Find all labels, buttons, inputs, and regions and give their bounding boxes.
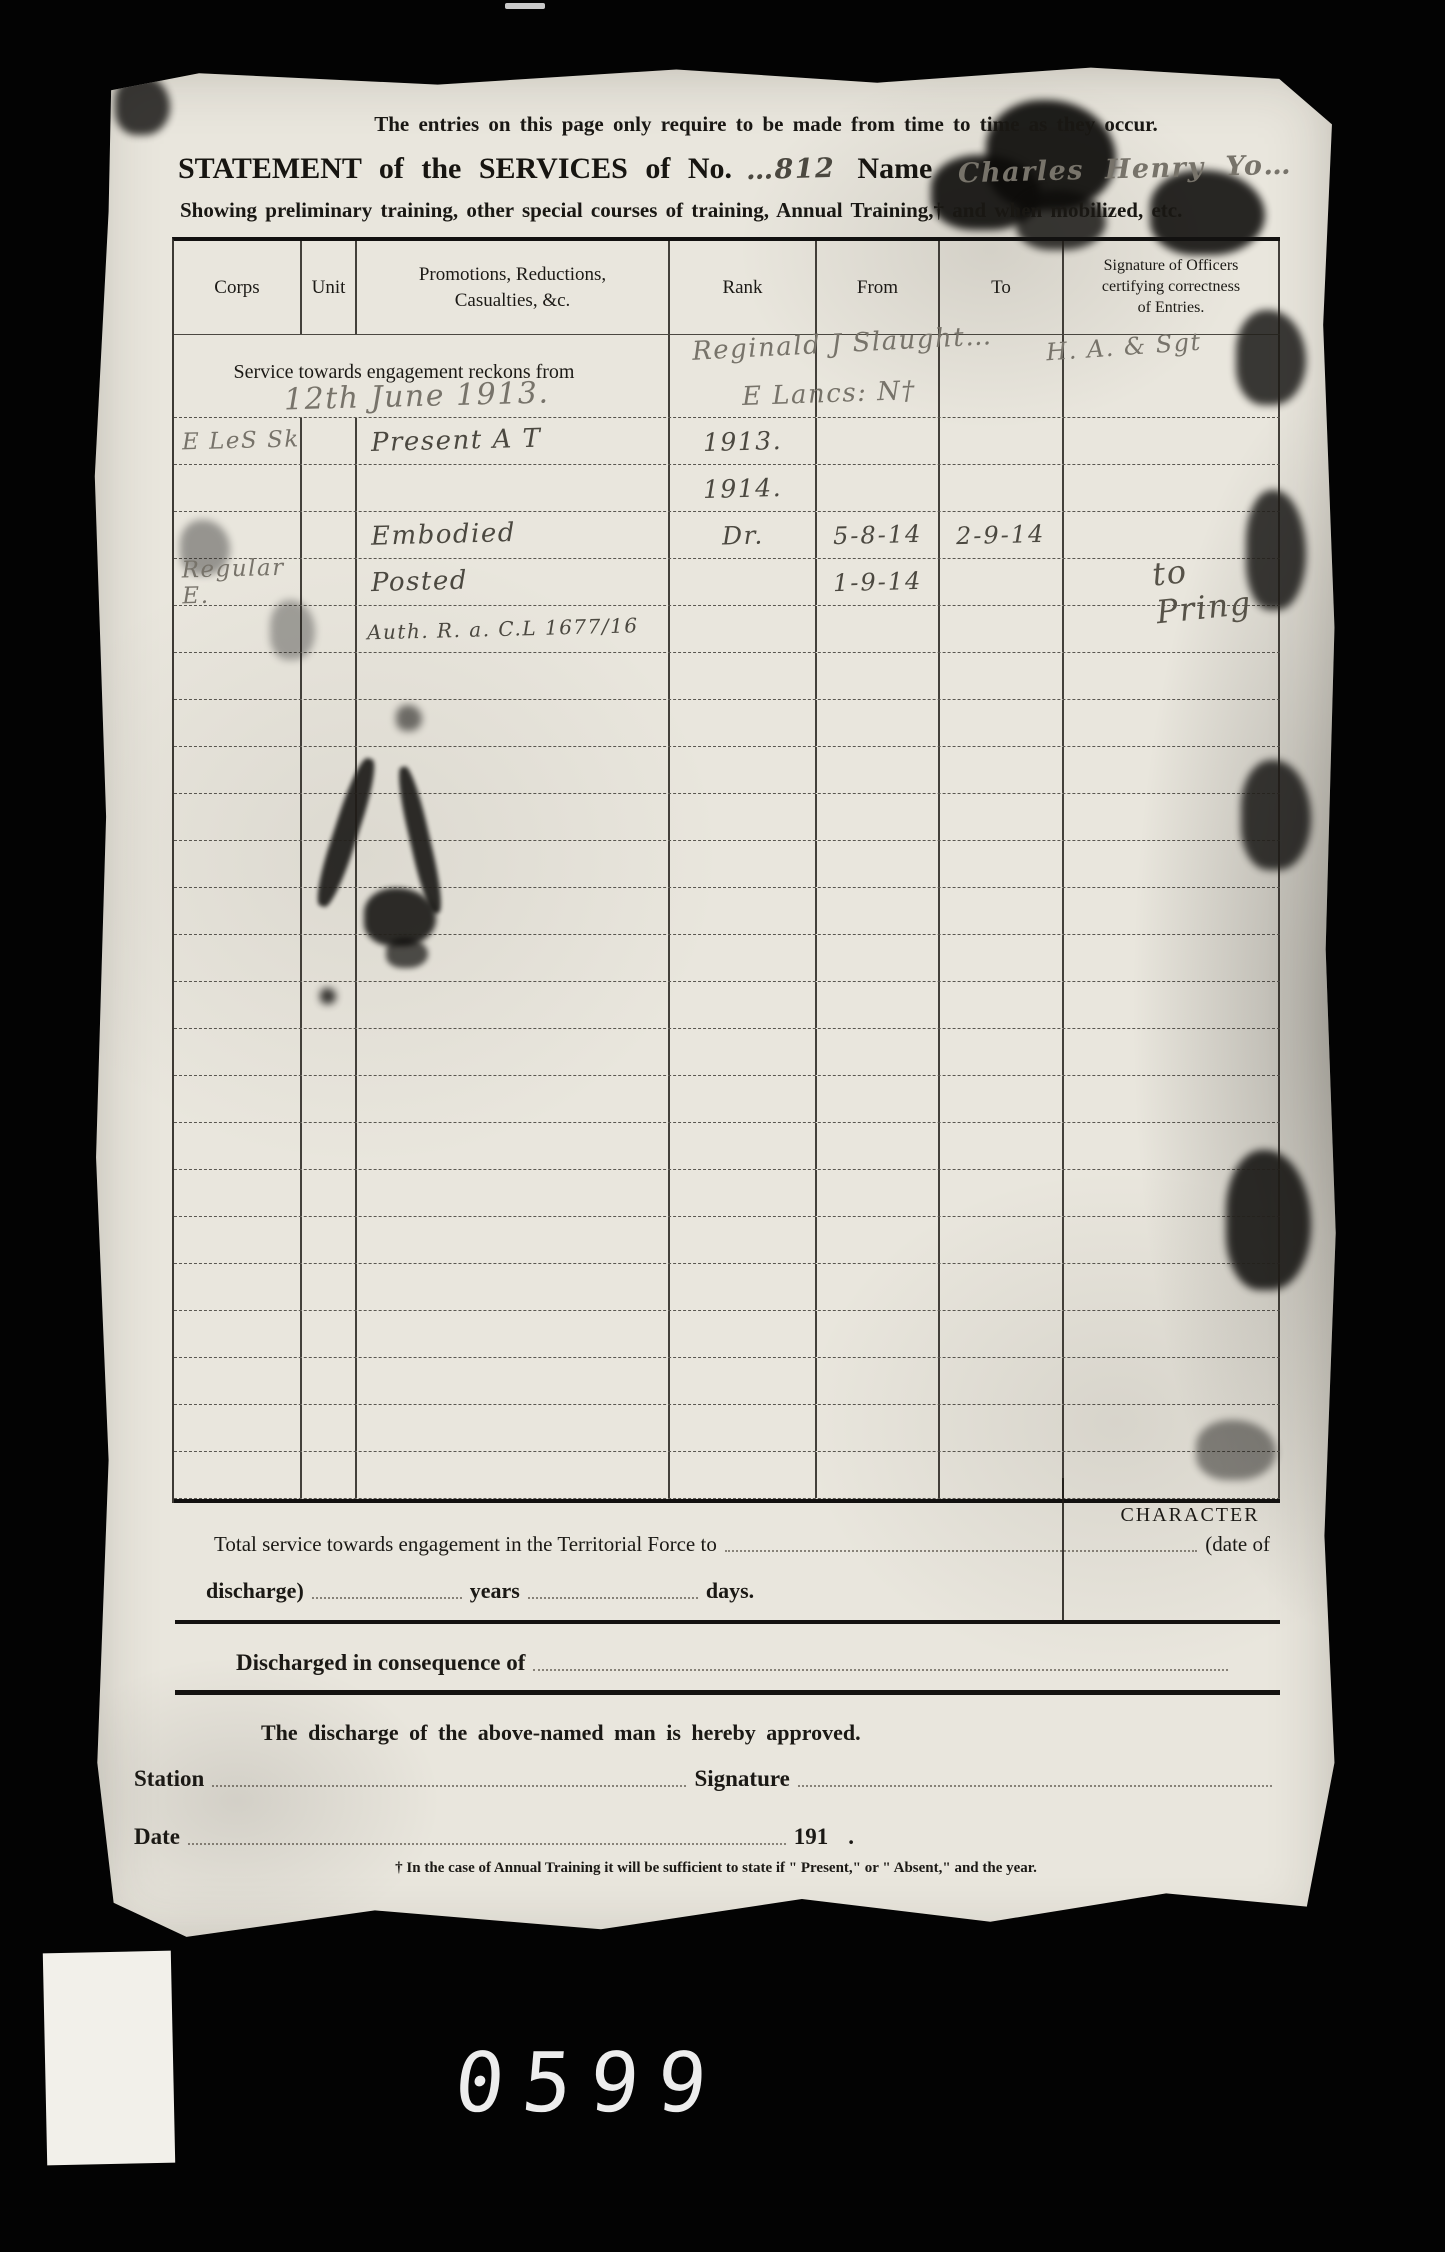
table-cell-signature: [1064, 1311, 1280, 1357]
table-cell-corps: [174, 1405, 302, 1451]
table-cell-to: [940, 1405, 1064, 1451]
column-header-signature: Signature of Officers certifying correct…: [1064, 241, 1280, 334]
table-cell-signature: [1064, 982, 1280, 1028]
table-cell-from: [817, 1452, 940, 1498]
table-row: [174, 700, 1280, 747]
table-cell-corps: [174, 1311, 302, 1357]
table-cell-unit: [302, 606, 357, 652]
table-cell-promotions: [357, 794, 670, 840]
table-cell-unit: [302, 700, 357, 746]
table-cell-rank: [670, 1264, 817, 1310]
handwritten-entry: 1913.: [703, 425, 783, 456]
table-row: [174, 1217, 1280, 1264]
blank-line: [798, 1785, 1272, 1787]
services-table: Corps Unit Promotions, Reductions, Casua…: [172, 237, 1280, 1503]
table-cell-to: [940, 841, 1064, 887]
table-cell-to: [940, 1170, 1064, 1216]
blank-line: [528, 1597, 698, 1599]
scan-speck: [505, 3, 545, 9]
station-field: Station Signature: [134, 1766, 1280, 1792]
blank-line: [725, 1550, 1197, 1552]
table-cell-corps: [174, 700, 302, 746]
subtitle: Showing preliminary training, other spec…: [180, 198, 1420, 223]
blank-line: [188, 1843, 786, 1845]
station-label: Station: [134, 1766, 204, 1792]
table-cell-rank: [670, 653, 817, 699]
table-cell-from: [817, 1123, 940, 1169]
table-cell-from: 1-9-14: [817, 559, 940, 605]
table-cell-from: 5-8-14: [817, 512, 940, 558]
table-cell-corps: [174, 1217, 302, 1263]
handwritten-entry: Auth. R. a. C.L 1677/16: [357, 613, 639, 644]
table-row: EmbodiedDr.5-8-142-9-14: [174, 512, 1280, 559]
table-cell-to: [940, 1311, 1064, 1357]
table-cell-promotions: Auth. R. a. C.L 1677/16: [357, 606, 670, 652]
table-cell-promotions: [357, 888, 670, 934]
table-body: E LeS SkPresent A T1913.1914.EmbodiedDr.…: [174, 418, 1280, 1499]
white-label: [43, 1951, 175, 2166]
table-cell-corps: [174, 888, 302, 934]
table-cell-signature: [1064, 1358, 1280, 1404]
handwritten-entry: Present A T: [357, 424, 542, 459]
column-header-rank: Rank: [670, 241, 817, 334]
table-cell-corps: [174, 1170, 302, 1216]
table-cell-promotions: [357, 1217, 670, 1263]
handwritten-entry: Dr.: [721, 520, 763, 550]
table-cell-from: [817, 1029, 940, 1075]
table-row: [174, 653, 1280, 700]
table-cell-signature: [1064, 1405, 1280, 1451]
table-cell-corps: [174, 794, 302, 840]
character-label: CHARACTER: [1064, 1504, 1316, 1527]
table-cell-promotions: [357, 465, 670, 511]
table-cell-corps: E LeS Sk: [174, 418, 302, 464]
table-cell-from: [817, 606, 940, 652]
table-cell-promotions: [357, 1170, 670, 1216]
table-cell-from: [817, 982, 940, 1028]
table-cell-corps: [174, 747, 302, 793]
table-cell-corps: [174, 1123, 302, 1169]
approval-line: The discharge of the above-named man is …: [261, 1720, 861, 1746]
table-cell-unit: [302, 653, 357, 699]
table-row: [174, 888, 1280, 935]
signature-label: Signature: [694, 1766, 789, 1792]
table-cell-unit: [302, 1311, 357, 1357]
table-cell-to: [940, 982, 1064, 1028]
table-row: E LeS SkPresent A T1913.: [174, 418, 1280, 465]
table-cell-corps: [174, 1029, 302, 1075]
table-cell-from: [817, 700, 940, 746]
table-cell-rank: [670, 1123, 817, 1169]
table-cell-corps: Regular E.: [174, 559, 302, 605]
table-row: [174, 794, 1280, 841]
table-cell-unit: [302, 1123, 357, 1169]
horizontal-rule: [175, 1690, 1280, 1695]
table-header-row: Corps Unit Promotions, Reductions, Casua…: [174, 241, 1280, 335]
table-cell-corps: [174, 653, 302, 699]
table-cell-promotions: [357, 1123, 670, 1169]
table-cell-unit: [302, 465, 357, 511]
document-page: The entries on this page only require to…: [86, 60, 1342, 1952]
year-stub: 191: [794, 1824, 829, 1850]
footnote: † In the case of Annual Training it will…: [236, 1860, 1196, 1877]
table-cell-promotions: [357, 1076, 670, 1122]
table-cell-to: [940, 418, 1064, 464]
table-row: [174, 841, 1280, 888]
table-cell-corps: [174, 1076, 302, 1122]
table-cell-rank: 1913.: [670, 418, 817, 464]
service-number-handwritten: …812: [746, 153, 836, 186]
table-cell-unit: [302, 1217, 357, 1263]
engagement-cell: Service towards engagement reckons from …: [174, 335, 670, 417]
handwritten-entry: 1-9-14: [832, 567, 922, 597]
table-cell-rank: [670, 606, 817, 652]
table-cell-rank: [670, 982, 817, 1028]
table-cell-promotions: [357, 841, 670, 887]
table-cell-corps: [174, 982, 302, 1028]
table-cell-signature: [1064, 1076, 1280, 1122]
table-cell-rank: Dr.: [670, 512, 817, 558]
table-cell-promotions: Posted: [357, 559, 670, 605]
table-cell-from: [817, 935, 940, 981]
table-cell-from: [817, 747, 940, 793]
table-row: [174, 1076, 1280, 1123]
table-cell-to: [940, 747, 1064, 793]
table-cell-signature: [1064, 653, 1280, 699]
table-row: [174, 1123, 1280, 1170]
days-label: days.: [706, 1578, 754, 1604]
handwritten-entry: 2-9-14: [956, 520, 1046, 550]
table-cell-signature: [1064, 465, 1280, 511]
table-cell-corps: [174, 606, 302, 652]
table-cell-signature: [1064, 1123, 1280, 1169]
table-cell-unit: [302, 1170, 357, 1216]
table-row: 1914.: [174, 465, 1280, 512]
table-cell-signature: [1064, 841, 1280, 887]
ink-stain: [115, 75, 170, 135]
table-cell-corps: [174, 1358, 302, 1404]
table-cell-signature: [1064, 1217, 1280, 1263]
table-cell-promotions: [357, 935, 670, 981]
name-handwritten: Charles Henry Yo…: [958, 150, 1293, 190]
table-row: Auth. R. a. C.L 1677/16: [174, 606, 1280, 653]
horizontal-rule: [175, 1620, 1280, 1624]
engagement-value-handwritten: 12th June 1913.: [284, 376, 550, 418]
column-header-corps: Corps: [174, 241, 302, 334]
table-cell-unit: [302, 418, 357, 464]
scanned-document: The entries on this page only require to…: [0, 0, 1445, 2252]
table-cell-unit: [302, 512, 357, 558]
table-cell-from: [817, 794, 940, 840]
table-cell-rank: [670, 888, 817, 934]
table-cell-signature: [1064, 1264, 1280, 1310]
table-cell-to: [940, 794, 1064, 840]
table-cell-from: [817, 1076, 940, 1122]
table-cell-signature: [1064, 935, 1280, 981]
table-cell-corps: [174, 512, 302, 558]
table-cell-from: [817, 841, 940, 887]
table-cell-to: [940, 465, 1064, 511]
table-cell-rank: [670, 1405, 817, 1451]
table-row: [174, 1264, 1280, 1311]
handwritten-entry: Posted: [357, 566, 469, 599]
table-cell-rank: [670, 747, 817, 793]
table-cell-rank: [670, 559, 817, 605]
table-cell-unit: [302, 935, 357, 981]
blank-line: [533, 1669, 1228, 1671]
table-cell-to: [940, 1217, 1064, 1263]
table-cell-unit: [302, 841, 357, 887]
years-label: years: [470, 1578, 520, 1604]
table-cell-unit: [302, 888, 357, 934]
table-cell-promotions: [357, 1029, 670, 1075]
statement-title: STATEMENT of the SERVICES of No. …812 Na…: [178, 152, 1418, 186]
table-cell-rank: [670, 1076, 817, 1122]
table-row: [174, 1311, 1280, 1358]
table-cell-signature: [1064, 418, 1280, 464]
table-cell-to: [940, 700, 1064, 746]
table-cell-to: [940, 1358, 1064, 1404]
table-cell-to: [940, 1076, 1064, 1122]
handwritten-entry: Regular E.: [173, 554, 300, 609]
blank-line: [212, 1785, 686, 1787]
date-of-label: (date of: [1205, 1532, 1270, 1557]
table-cell-corps: [174, 935, 302, 981]
table-cell-rank: [670, 794, 817, 840]
total-service-label: Total service towards engagement in the …: [214, 1532, 717, 1557]
table-cell-unit: [302, 1029, 357, 1075]
table-cell-unit: [302, 1264, 357, 1310]
discharged-label: Discharged in consequence of: [236, 1650, 525, 1676]
table-cell-rank: [670, 1358, 817, 1404]
table-cell-from: [817, 1264, 940, 1310]
discharge-duration-line: discharge) years days.: [206, 1578, 846, 1604]
table-cell-promotions: [357, 1311, 670, 1357]
table-row: [174, 1405, 1280, 1452]
column-header-promotions: Promotions, Reductions, Casualties, &c.: [357, 241, 670, 334]
table-cell-from: [817, 1170, 940, 1216]
table-cell-from: [817, 888, 940, 934]
table-cell-to: [940, 1123, 1064, 1169]
table-row: [174, 1170, 1280, 1217]
table-cell-from: [817, 1358, 940, 1404]
column-header-from: From: [817, 241, 940, 334]
table-cell-to: [940, 1029, 1064, 1075]
date-field: Date 191 .: [134, 1824, 854, 1850]
table-cell-to: 2-9-14: [940, 512, 1064, 558]
column-header-unit: Unit: [302, 241, 357, 334]
table-cell-unit: [302, 1358, 357, 1404]
table-cell-to: [940, 1264, 1064, 1310]
table-cell-rank: [670, 1170, 817, 1216]
table-cell-rank: [670, 1311, 817, 1357]
reference-number-stamp: 0599: [451, 2036, 729, 2131]
table-cell-promotions: Embodied: [357, 512, 670, 558]
table-cell-promotions: [357, 700, 670, 746]
table-cell-from: [817, 1405, 940, 1451]
header-note: The entries on this page only require to…: [286, 112, 1246, 137]
table-cell-from: [817, 418, 940, 464]
table-cell-promotions: [357, 653, 670, 699]
table-cell-rank: [670, 1029, 817, 1075]
table-cell-unit: [302, 982, 357, 1028]
table-cell-signature: [1064, 794, 1280, 840]
total-service-line: Total service towards engagement in the …: [214, 1532, 1270, 1557]
table-row: [174, 747, 1280, 794]
table-cell-unit: [302, 1405, 357, 1451]
table-cell-signature: [1064, 888, 1280, 934]
table-cell-to: [940, 888, 1064, 934]
table-cell-to: [940, 559, 1064, 605]
table-cell-from: [817, 653, 940, 699]
table-cell-rank: [670, 935, 817, 981]
table-cell-rank: [670, 1452, 817, 1498]
discharged-line: Discharged in consequence of: [236, 1650, 1236, 1676]
table-cell-unit: [302, 747, 357, 793]
table-cell-signature: [1064, 747, 1280, 793]
table-cell-promotions: [357, 982, 670, 1028]
table-row: [174, 1358, 1280, 1405]
table-cell-promotions: [357, 1264, 670, 1310]
table-cell-promotions: [357, 747, 670, 793]
table-cell-corps: [174, 841, 302, 887]
table-cell-from: [817, 1311, 940, 1357]
table-cell-signature: [1064, 700, 1280, 746]
column-header-to: To: [940, 241, 1064, 334]
table-cell-unit: [302, 1076, 357, 1122]
table-cell-corps: [174, 1452, 302, 1498]
table-cell-to: [940, 653, 1064, 699]
table-cell-to: [940, 935, 1064, 981]
table-cell-promotions: [357, 1405, 670, 1451]
date-label: Date: [134, 1824, 180, 1850]
table-cell-corps: [174, 465, 302, 511]
table-cell-rank: [670, 841, 817, 887]
table-cell-rank: [670, 1217, 817, 1263]
table-cell-signature: [1064, 1029, 1280, 1075]
table-cell-promotions: [357, 1358, 670, 1404]
table-cell-rank: 1914.: [670, 465, 817, 511]
table-row: [174, 982, 1280, 1029]
table-cell-unit: [302, 1452, 357, 1498]
table-cell-rank: [670, 700, 817, 746]
name-label: Name: [857, 152, 932, 186]
table-cell-from: [817, 465, 940, 511]
table-cell-signature: [1064, 1170, 1280, 1216]
table-cell-corps: [174, 1264, 302, 1310]
handwritten-entry: Embodied: [357, 518, 517, 552]
table-cell-to: [940, 1452, 1064, 1498]
table-row: Regular E.Posted1-9-14: [174, 559, 1280, 606]
table-cell-to: [940, 606, 1064, 652]
table-row: [174, 1029, 1280, 1076]
handwritten-entry: 1914.: [703, 472, 783, 503]
table-cell-promotions: Present A T: [357, 418, 670, 464]
statement-prefix: STATEMENT of the SERVICES of No.: [178, 152, 732, 186]
discharge-word: discharge): [206, 1578, 304, 1604]
table-cell-from: [817, 1217, 940, 1263]
table-cell-unit: [302, 559, 357, 605]
floating-signature-handwritten: to Pring: [1150, 543, 1283, 632]
witness-signature-line2: E Lancs: N†: [742, 376, 917, 412]
table-row: [174, 935, 1280, 982]
handwritten-entry: 5-8-14: [832, 520, 922, 550]
blank-line: [312, 1597, 462, 1599]
table-cell-promotions: [357, 1452, 670, 1498]
table-cell-unit: [302, 794, 357, 840]
handwritten-entry: E LeS Sk: [174, 426, 300, 455]
year-dot: .: [848, 1824, 854, 1850]
